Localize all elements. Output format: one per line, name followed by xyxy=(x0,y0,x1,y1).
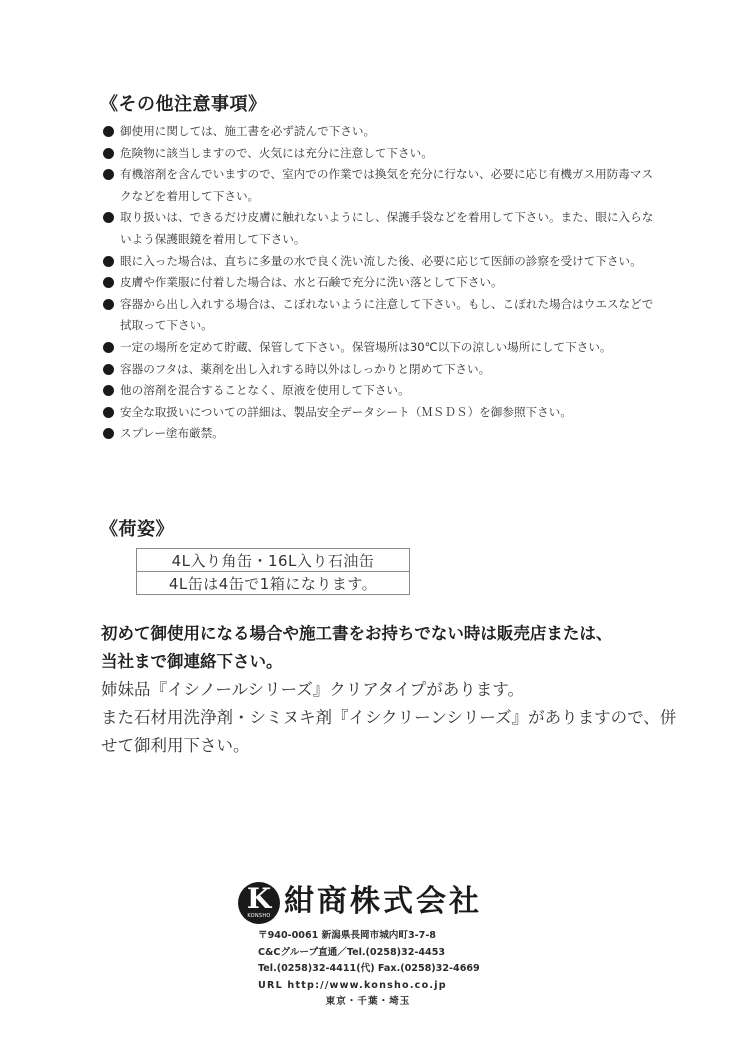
notes-section-title: 《その他注意事項》 xyxy=(100,90,267,116)
contact-emphasis-line-2: 当社まで御連絡下さい。 xyxy=(101,648,681,676)
note-text: 危険物に該当しますので、火気には充分に注意して下さい。 xyxy=(120,146,433,160)
note-text: 他の溶剤を混合することなく、原液を使用して下さい。 xyxy=(120,383,410,397)
website-url: URL http://www.konsho.co.jp xyxy=(258,978,498,995)
contact-emphasis-line-1: 初めて御使用になる場合や施工書をお持ちでない時は販売店または、 xyxy=(101,620,681,648)
list-item: 御使用に関しては、施工書を必ず読んで下さい。 xyxy=(103,121,663,143)
document-page: 《その他注意事項》 御使用に関しては、施工書を必ず読んで下さい。 危険物に該当し… xyxy=(0,0,750,1061)
bullet-icon xyxy=(103,407,114,418)
sister-product-note: 姉妹品『イシノールシリーズ』クリアタイプがあります。 xyxy=(101,676,681,704)
list-item: 容器から出し入れする場合は、こぼれないように注意して下さい。もし、こぼれた場合は… xyxy=(103,294,663,337)
note-text: 眼に入った場合は、直ちに多量の水で良く洗い流した後、必要に応じて医師の診察を受け… xyxy=(120,254,642,268)
company-contact-info: 〒940-0061 新潟県長岡市城内町3-7-8 C&Cグループ直通／Tel.(… xyxy=(258,928,498,1011)
company-header: K KONSHO 紺商株式会社 xyxy=(238,880,518,924)
bullet-icon xyxy=(103,169,114,180)
postal-address: 〒940-0061 新潟県長岡市城内町3-7-8 xyxy=(258,928,498,945)
table-row: 4L缶は4缶で1箱になります。 xyxy=(137,572,410,595)
note-text: 容器から出し入れする場合は、こぼれないように注意して下さい。もし、こぼれた場合は… xyxy=(120,297,653,333)
bullet-icon xyxy=(103,256,114,267)
list-item: 皮膚や作業服に付着した場合は、水と石鹸で充分に洗い落として下さい。 xyxy=(103,272,663,294)
bullet-icon xyxy=(103,212,114,223)
list-item: 容器のフタは、薬剤を出し入れする時以外はしっかりと閉めて下さい。 xyxy=(103,359,663,381)
cleaner-series-note: また石材用洗浄剤・シミヌキ剤『イシクリーンシリーズ』がありますので、併せて御利用… xyxy=(101,704,681,760)
note-text: スプレー塗布厳禁。 xyxy=(120,426,224,440)
note-text: 取り扱いは、できるだけ皮膚に触れないようにし、保護手袋などを着用して下さい。また… xyxy=(120,210,653,246)
note-text: 皮膚や作業服に付着した場合は、水と石鹸で充分に洗い落として下さい。 xyxy=(120,275,503,289)
bullet-icon xyxy=(103,277,114,288)
note-text: 一定の場所を定めて貯蔵、保管して下さい。保管場所は30℃以下の涼しい場所にして下… xyxy=(120,340,612,354)
logo-subtext: KONSHO xyxy=(238,913,280,919)
branch-locations: 東京・千葉・埼玉 xyxy=(258,994,478,1011)
note-text: 御使用に関しては、施工書を必ず読んで下さい。 xyxy=(120,124,375,138)
note-text: 有機溶剤を含んでいますので、室内での作業では換気を充分に行ない、必要に応じ有機ガ… xyxy=(120,167,653,203)
bullet-icon xyxy=(103,342,114,353)
packaging-cell: 4L缶は4缶で1箱になります。 xyxy=(137,572,410,595)
note-text: 容器のフタは、薬剤を出し入れする時以外はしっかりと閉めて下さい。 xyxy=(120,362,490,376)
bullet-icon xyxy=(103,428,114,439)
list-item: 危険物に該当しますので、火気には充分に注意して下さい。 xyxy=(103,143,663,165)
direct-line: C&Cグループ直通／Tel.(0258)32-4453 xyxy=(258,945,498,962)
list-item: 眼に入った場合は、直ちに多量の水で良く洗い流した後、必要に応じて医師の診察を受け… xyxy=(103,251,663,273)
list-item: スプレー塗布厳禁。 xyxy=(103,423,663,445)
bullet-icon xyxy=(103,299,114,310)
table-row: 4L入り角缶・16L入り石油缶 xyxy=(137,549,410,572)
list-item: 安全な取扱いについての詳細は、製品安全データシート（ＭＳＤＳ）を御参照下さい。 xyxy=(103,402,663,424)
bullet-icon xyxy=(103,364,114,375)
packaging-section-title: 《荷姿》 xyxy=(100,515,174,541)
logo-letter: K xyxy=(238,884,280,914)
bullet-icon xyxy=(103,148,114,159)
list-item: 有機溶剤を含んでいますので、室内での作業では換気を充分に行ない、必要に応じ有機ガ… xyxy=(103,164,663,207)
note-text: 安全な取扱いについての詳細は、製品安全データシート（ＭＳＤＳ）を御参照下さい。 xyxy=(120,405,572,419)
list-item: 一定の場所を定めて貯蔵、保管して下さい。保管場所は30℃以下の涼しい場所にして下… xyxy=(103,337,663,359)
company-name: 紺商株式会社 xyxy=(284,884,482,920)
packaging-cell: 4L入り角缶・16L入り石油缶 xyxy=(137,549,410,572)
bullet-icon xyxy=(103,385,114,396)
tel-fax: Tel.(0258)32-4411(代) Fax.(0258)32-4669 xyxy=(258,961,498,978)
bullet-icon xyxy=(103,126,114,137)
contact-notice: 初めて御使用になる場合や施工書をお持ちでない時は販売店または、 当社まで御連絡下… xyxy=(101,620,681,760)
notes-list: 御使用に関しては、施工書を必ず読んで下さい。 危険物に該当しますので、火気には充… xyxy=(103,121,663,445)
list-item: 他の溶剤を混合することなく、原液を使用して下さい。 xyxy=(103,380,663,402)
list-item: 取り扱いは、できるだけ皮膚に触れないようにし、保護手袋などを着用して下さい。また… xyxy=(103,207,663,250)
packaging-table: 4L入り角缶・16L入り石油缶 4L缶は4缶で1箱になります。 xyxy=(136,548,410,595)
company-logo-icon: K KONSHO xyxy=(238,882,280,924)
